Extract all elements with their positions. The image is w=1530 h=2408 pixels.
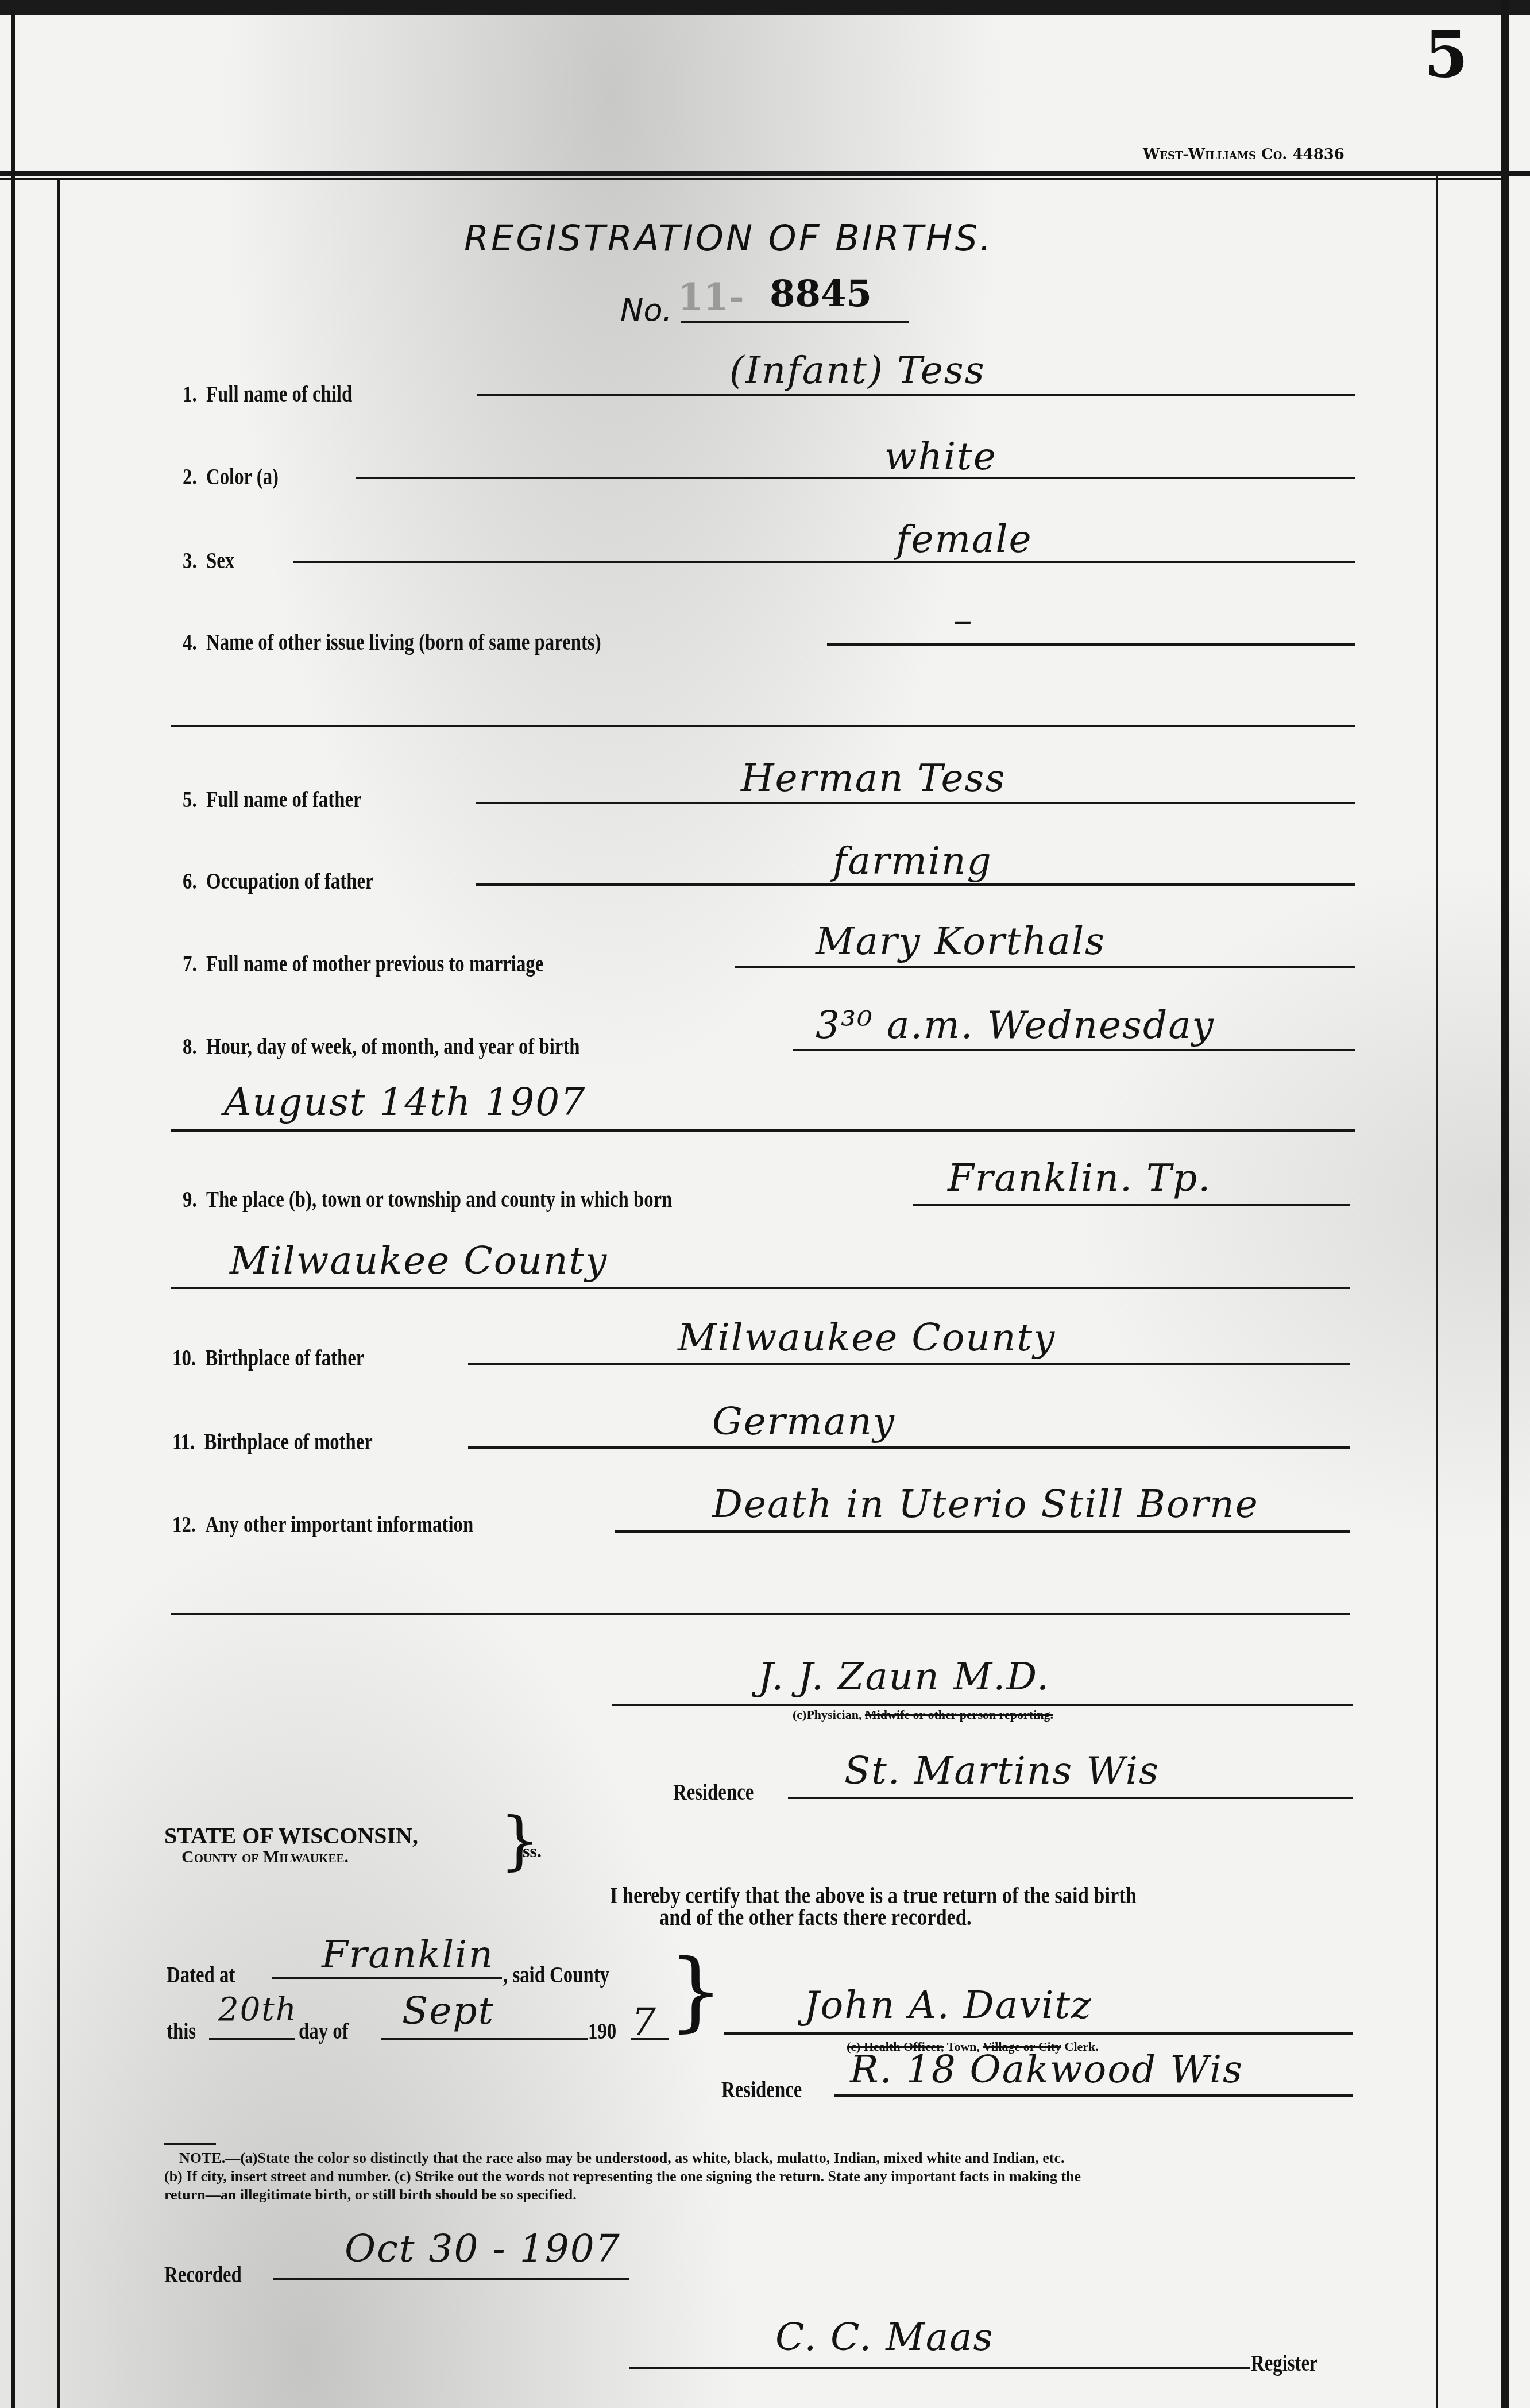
registration-number-label: No. bbox=[620, 292, 673, 328]
field-8-line-2 bbox=[171, 1129, 1355, 1132]
field-6-label: 6. Occupation of father bbox=[183, 867, 374, 894]
field-8-line bbox=[793, 1049, 1355, 1051]
scan-top-edge bbox=[0, 0, 1530, 15]
note-rule bbox=[164, 2143, 216, 2145]
clerk-residence-value: R. 18 Oakwood Wis bbox=[850, 2047, 1243, 2091]
father-occupation-value: farming bbox=[833, 839, 992, 883]
father-birthplace-value: Milwaukee County bbox=[678, 1315, 1056, 1360]
form-title: REGISTRATION OF BIRTHS. bbox=[464, 217, 993, 259]
birth-register-page: 5 West-Williams Co. 44836 REGISTRATION O… bbox=[0, 0, 1530, 2408]
note-line-3: return—an illegitimate birth, or still b… bbox=[164, 2186, 577, 2204]
recorded-line bbox=[273, 2278, 629, 2280]
right-outer-rule bbox=[1501, 0, 1509, 2408]
clerk-residence-line bbox=[834, 2094, 1353, 2097]
year-prefix: 190 bbox=[588, 2017, 616, 2044]
field-7-label: 7. Full name of mother previous to marri… bbox=[183, 950, 543, 977]
day-line bbox=[209, 2038, 295, 2040]
header-rule bbox=[0, 171, 1530, 176]
field-5-label: 5. Full name of father bbox=[183, 786, 362, 813]
field-6-line bbox=[476, 883, 1355, 886]
reporter-signature-line bbox=[612, 1704, 1353, 1706]
field-5-line bbox=[476, 802, 1355, 804]
color-value: white bbox=[884, 434, 997, 478]
father-name-value: Herman Tess bbox=[741, 756, 1006, 800]
field-8-label: 8. Hour, day of week, of month, and year… bbox=[183, 1033, 580, 1060]
sex-value: female bbox=[896, 517, 1033, 561]
recorded-label: Recorded bbox=[164, 2261, 242, 2288]
field-9-line bbox=[913, 1204, 1350, 1206]
clerk-signature-line bbox=[724, 2032, 1353, 2035]
dated-day: 20th bbox=[218, 1991, 297, 2028]
field-12-line-2 bbox=[171, 1613, 1350, 1615]
field-3-line bbox=[293, 561, 1355, 563]
dated-month: Sept bbox=[402, 1989, 494, 2033]
printer-imprint: West-Williams Co. 44836 bbox=[1143, 146, 1344, 163]
reporter-caption: (c)Physician, Midwife or other person re… bbox=[793, 1707, 1053, 1722]
note-line-2: (b) If city, insert street and number. (… bbox=[164, 2168, 1081, 2185]
month-line bbox=[381, 2038, 588, 2040]
this-label: this bbox=[167, 2017, 196, 2044]
registration-number: 8845 bbox=[770, 272, 872, 315]
field-1-label: 1. Full name of child bbox=[183, 380, 352, 407]
birthplace-county-value: Milwaukee County bbox=[230, 1238, 608, 1283]
left-outer-rule bbox=[11, 11, 15, 2408]
field-12-label: 12. Any other important information bbox=[172, 1511, 473, 1538]
birth-time-value: 3³⁰ a.m. Wednesday bbox=[816, 1003, 1215, 1047]
register-signature: C. C. Maas bbox=[775, 2315, 994, 2359]
note-line-1: NOTE.—(a)State the color so distinctly t… bbox=[179, 2150, 1065, 2167]
dated-year-suffix: 7 bbox=[632, 2000, 657, 2044]
field-11-line bbox=[468, 1446, 1350, 1449]
venue-county: County of Milwaukee. bbox=[181, 1847, 349, 1867]
registration-number-stamp: 11- bbox=[678, 276, 744, 319]
other-info-value: Death in Uterio Still Borne bbox=[712, 1482, 1259, 1526]
mother-birthplace-value: Germany bbox=[712, 1399, 895, 1444]
register-label: Register bbox=[1251, 2349, 1318, 2376]
mother-name-value: Mary Korthals bbox=[816, 919, 1106, 963]
field-7-line bbox=[735, 966, 1355, 968]
right-inner-rule bbox=[1436, 172, 1438, 2408]
venue-state: STATE OF WISCONSIN, bbox=[164, 1822, 418, 1849]
field-10-label: 10. Birthplace of father bbox=[172, 1344, 364, 1371]
said-county-label: , said County bbox=[503, 1961, 609, 1988]
reporter-residence-label: Residence bbox=[673, 1778, 754, 1805]
field-10-line bbox=[468, 1363, 1350, 1365]
field-4-line bbox=[827, 643, 1355, 646]
left-inner-rule bbox=[57, 179, 60, 2408]
birth-date-value: August 14th 1907 bbox=[224, 1080, 586, 1124]
recorded-date: Oct 30 - 1907 bbox=[345, 2226, 621, 2271]
field-1-line bbox=[477, 394, 1355, 396]
dated-at-line bbox=[272, 1977, 502, 1979]
field-9-label: 9. The place (b), town or township and c… bbox=[183, 1186, 672, 1213]
other-issue-value: – bbox=[953, 597, 973, 642]
field-2-line bbox=[356, 477, 1355, 479]
field-11-label: 11. Birthplace of mother bbox=[172, 1428, 373, 1455]
reporter-signature: J. J. Zaun M.D. bbox=[758, 1654, 1050, 1699]
field-4-label: 4. Name of other issue living (born of s… bbox=[183, 628, 601, 655]
field-12-line bbox=[615, 1530, 1350, 1533]
page-number: 5 bbox=[1424, 17, 1469, 91]
day-of-label: day of bbox=[299, 2017, 349, 2044]
reporter-residence-value: St. Martins Wis bbox=[844, 1749, 1160, 1793]
header-rule-thin bbox=[0, 178, 1505, 180]
clerk-signature: John A. Davitz bbox=[804, 1983, 1092, 2027]
birthplace-town-value: Franklin. Tp. bbox=[948, 1156, 1211, 1200]
dated-at-label: Dated at bbox=[167, 1961, 235, 1988]
certification-line-2: and of the other facts there recorded. bbox=[659, 1904, 972, 1931]
dated-at-place: Franklin bbox=[322, 1932, 494, 1977]
field-9-line-2 bbox=[171, 1287, 1350, 1289]
field-2-label: 2. Color (a) bbox=[183, 463, 279, 490]
registration-number-underline bbox=[681, 321, 909, 323]
dated-brace: } bbox=[669, 1942, 723, 2042]
register-signature-line bbox=[629, 2367, 1250, 2369]
venue-ss: ss. bbox=[523, 1840, 542, 1862]
reporter-residence-line bbox=[788, 1797, 1353, 1799]
clerk-residence-label: Residence bbox=[721, 2076, 802, 2103]
child-name-value: (Infant) Tess bbox=[729, 348, 986, 392]
field-4-line-2 bbox=[171, 725, 1355, 727]
field-3-label: 3. Sex bbox=[183, 547, 234, 574]
